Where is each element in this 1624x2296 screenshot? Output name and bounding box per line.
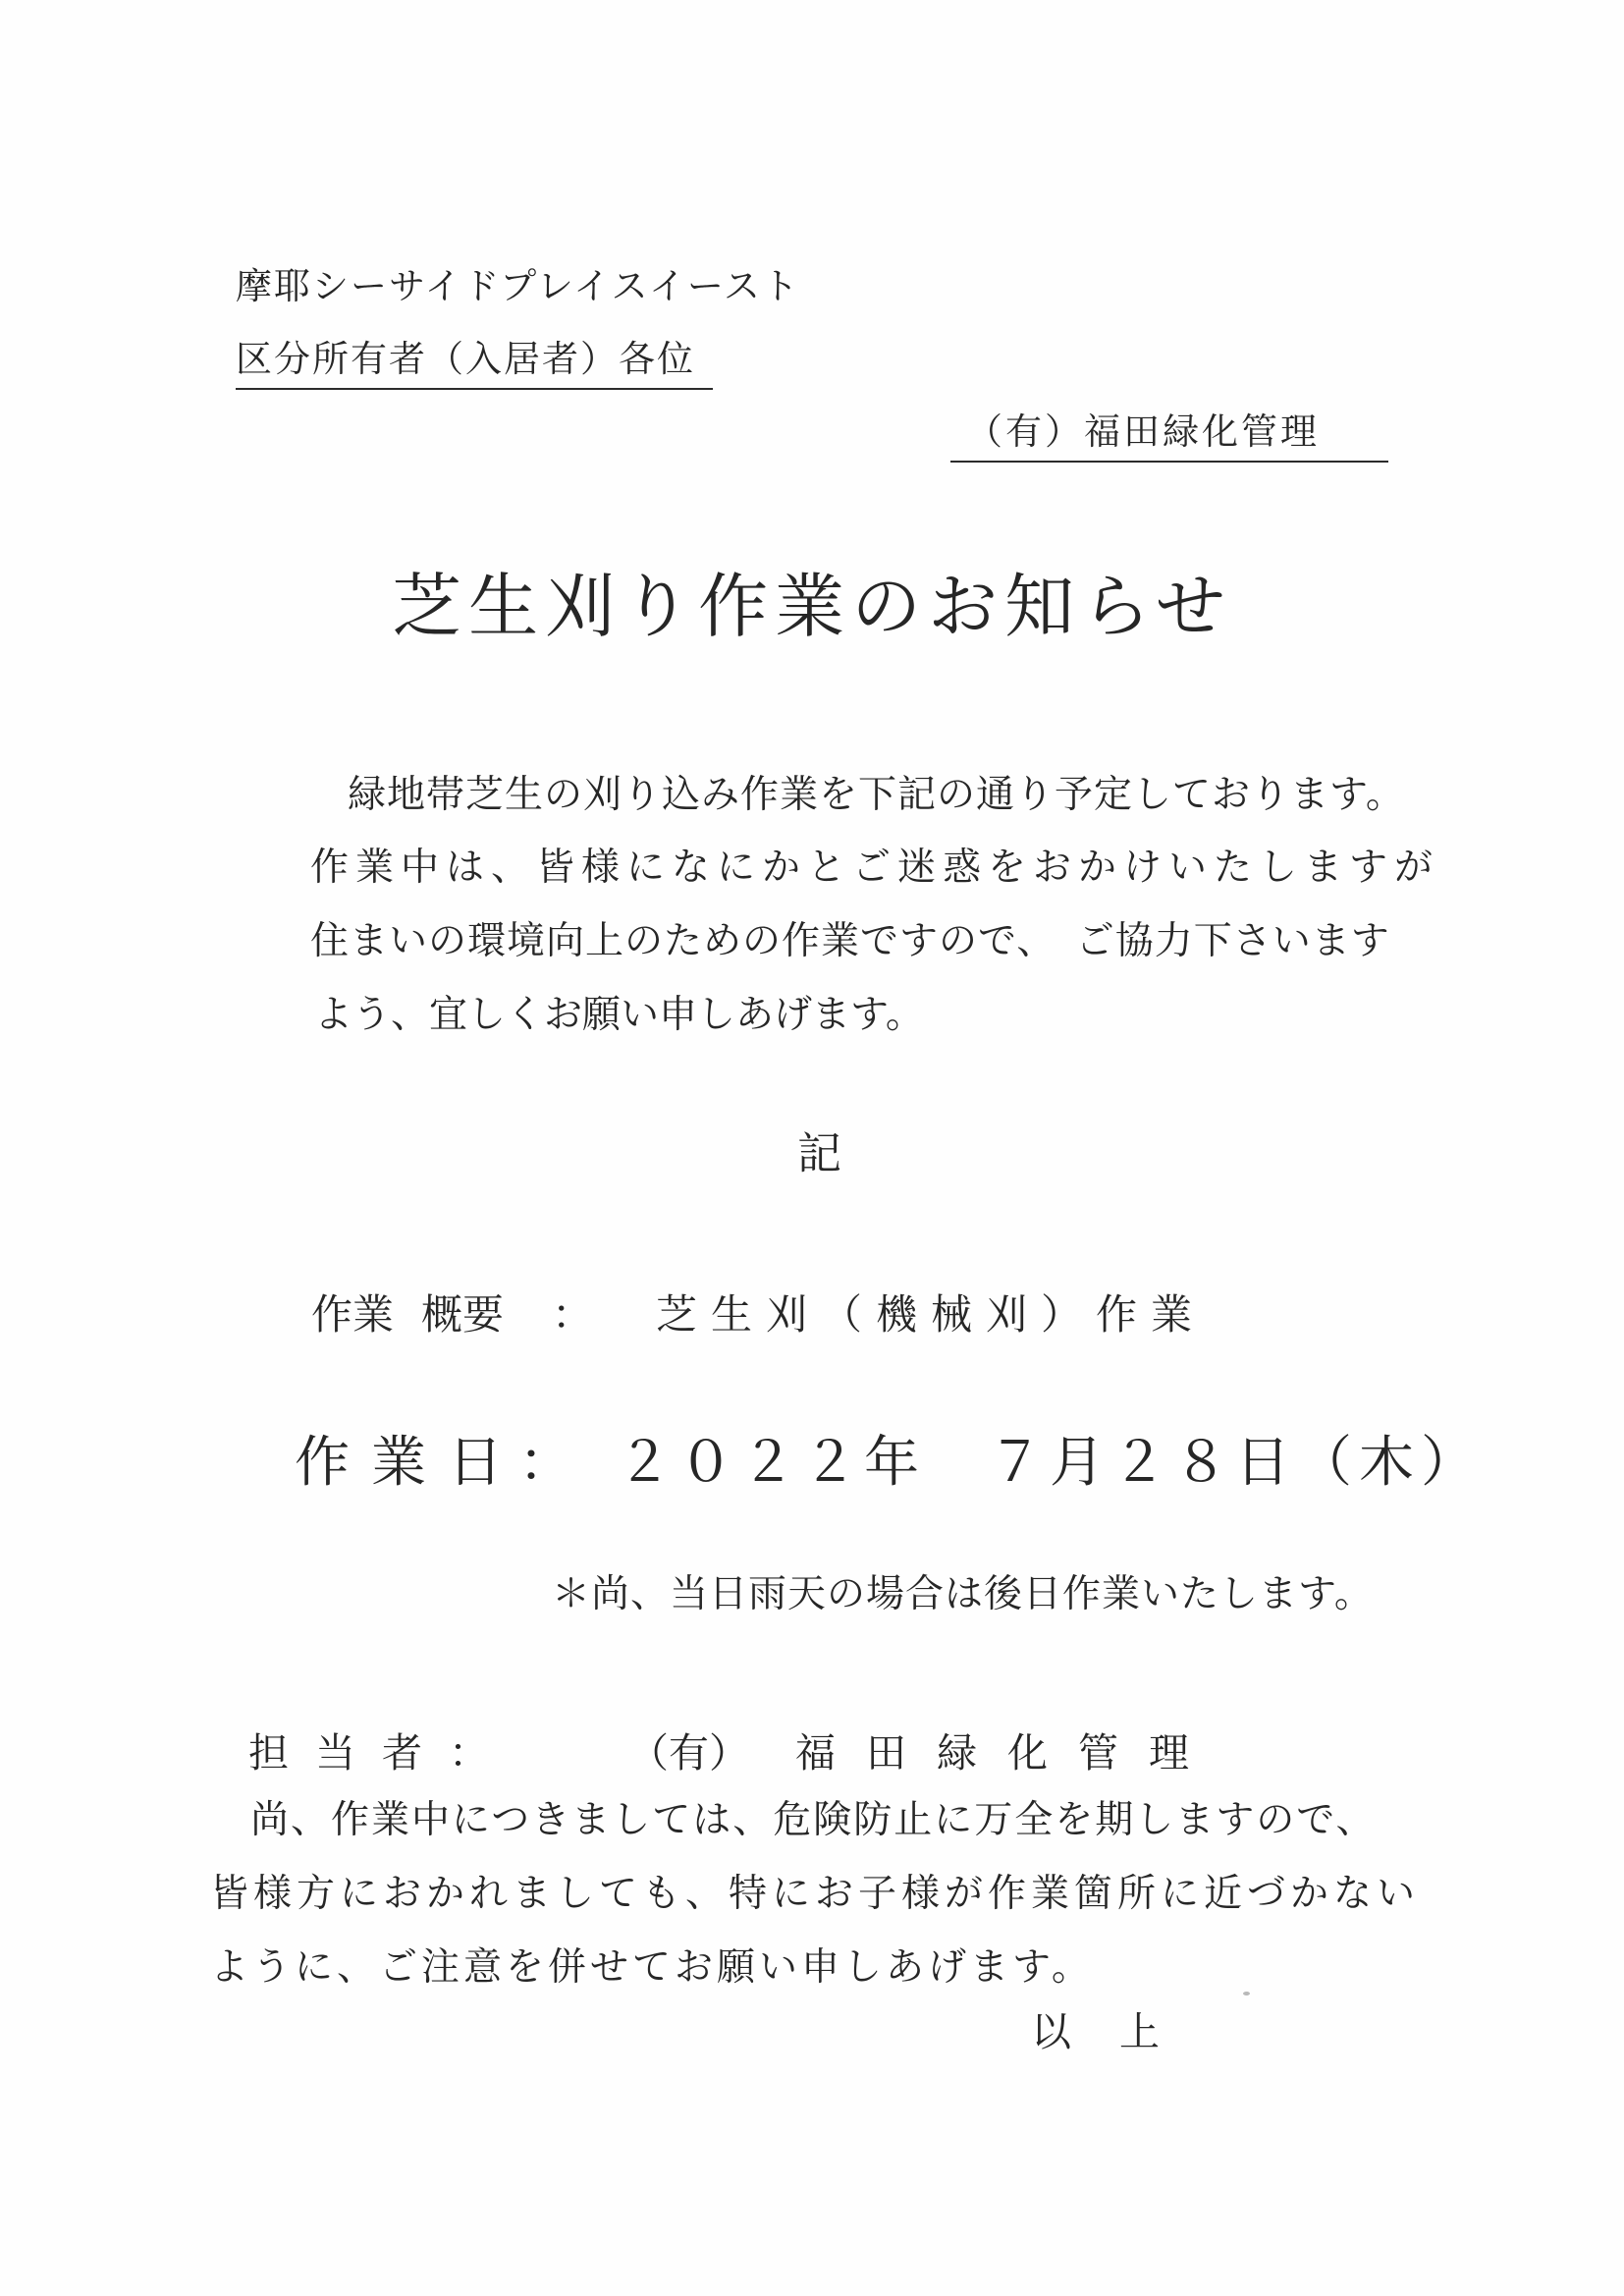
body-paragraph-line-3: 住まいの環境向上のための作業ですので、 ご協力下さいます	[310, 920, 1390, 964]
body-paragraph-line-4: よう、宜しくお願い申しあげます。	[314, 994, 924, 1038]
sender-company-text: （有）福田緑化管理	[950, 412, 1388, 463]
notice-title: 芝生刈り作業のお知らせ	[0, 570, 1624, 646]
work-date-value: ２０２２年 ７月２８日（木）	[617, 1432, 1483, 1495]
addressee-line-2-text: 区分所有者（入居者）各位	[236, 340, 713, 390]
work-date-colon: ：	[518, 1432, 573, 1495]
body-paragraph-line-1: 緑地帯芝生の刈り込み作業を下記の通り予定しております。	[348, 774, 1405, 818]
contact-label: 担当者：	[248, 1730, 515, 1777]
work-summary-value: 芝生刈（機械刈）作業	[656, 1292, 1206, 1339]
work-summary-label-word1: 作業	[311, 1292, 394, 1339]
work-summary-label-word2: 概要	[421, 1292, 504, 1339]
work-summary-colon: ：	[552, 1292, 593, 1339]
addressee-line-2: 区分所有者（入居者）各位	[236, 340, 713, 390]
rain-postponement-note: ＊尚、当日雨天の場合は後日作業いたします。	[552, 1573, 1374, 1617]
record-marker: 記	[797, 1129, 843, 1180]
caution-line-2: 皆様方におかれましても、特にお子様が作業箇所に近づかない	[210, 1873, 1420, 1917]
caution-line-1: 尚、作業中につきましては、危険防止に万全を期しますので、	[250, 1799, 1376, 1843]
addressee-line-1: 摩耶シーサイドプレイスイースト	[236, 267, 800, 309]
work-date-label: 作業日	[295, 1432, 524, 1495]
scan-speck	[1243, 1992, 1250, 1995]
sender-line: （有）福田緑化管理	[950, 412, 1388, 463]
contact-company-name: 福田緑化管理	[795, 1730, 1219, 1777]
notice-document-page: 摩耶シーサイドプレイスイースト 区分所有者（入居者）各位 （有）福田緑化管理 芝…	[0, 0, 1624, 2296]
body-paragraph-line-2: 作業中は、皆様になにかとご迷惑をおかけいたしますが	[310, 847, 1439, 891]
caution-line-3: ように、ご注意を併せてお願い申しあげます。	[210, 1946, 1094, 1991]
contact-company-prefix: （有）	[628, 1730, 749, 1777]
closing-mark: 以 上	[1031, 2009, 1164, 2055]
